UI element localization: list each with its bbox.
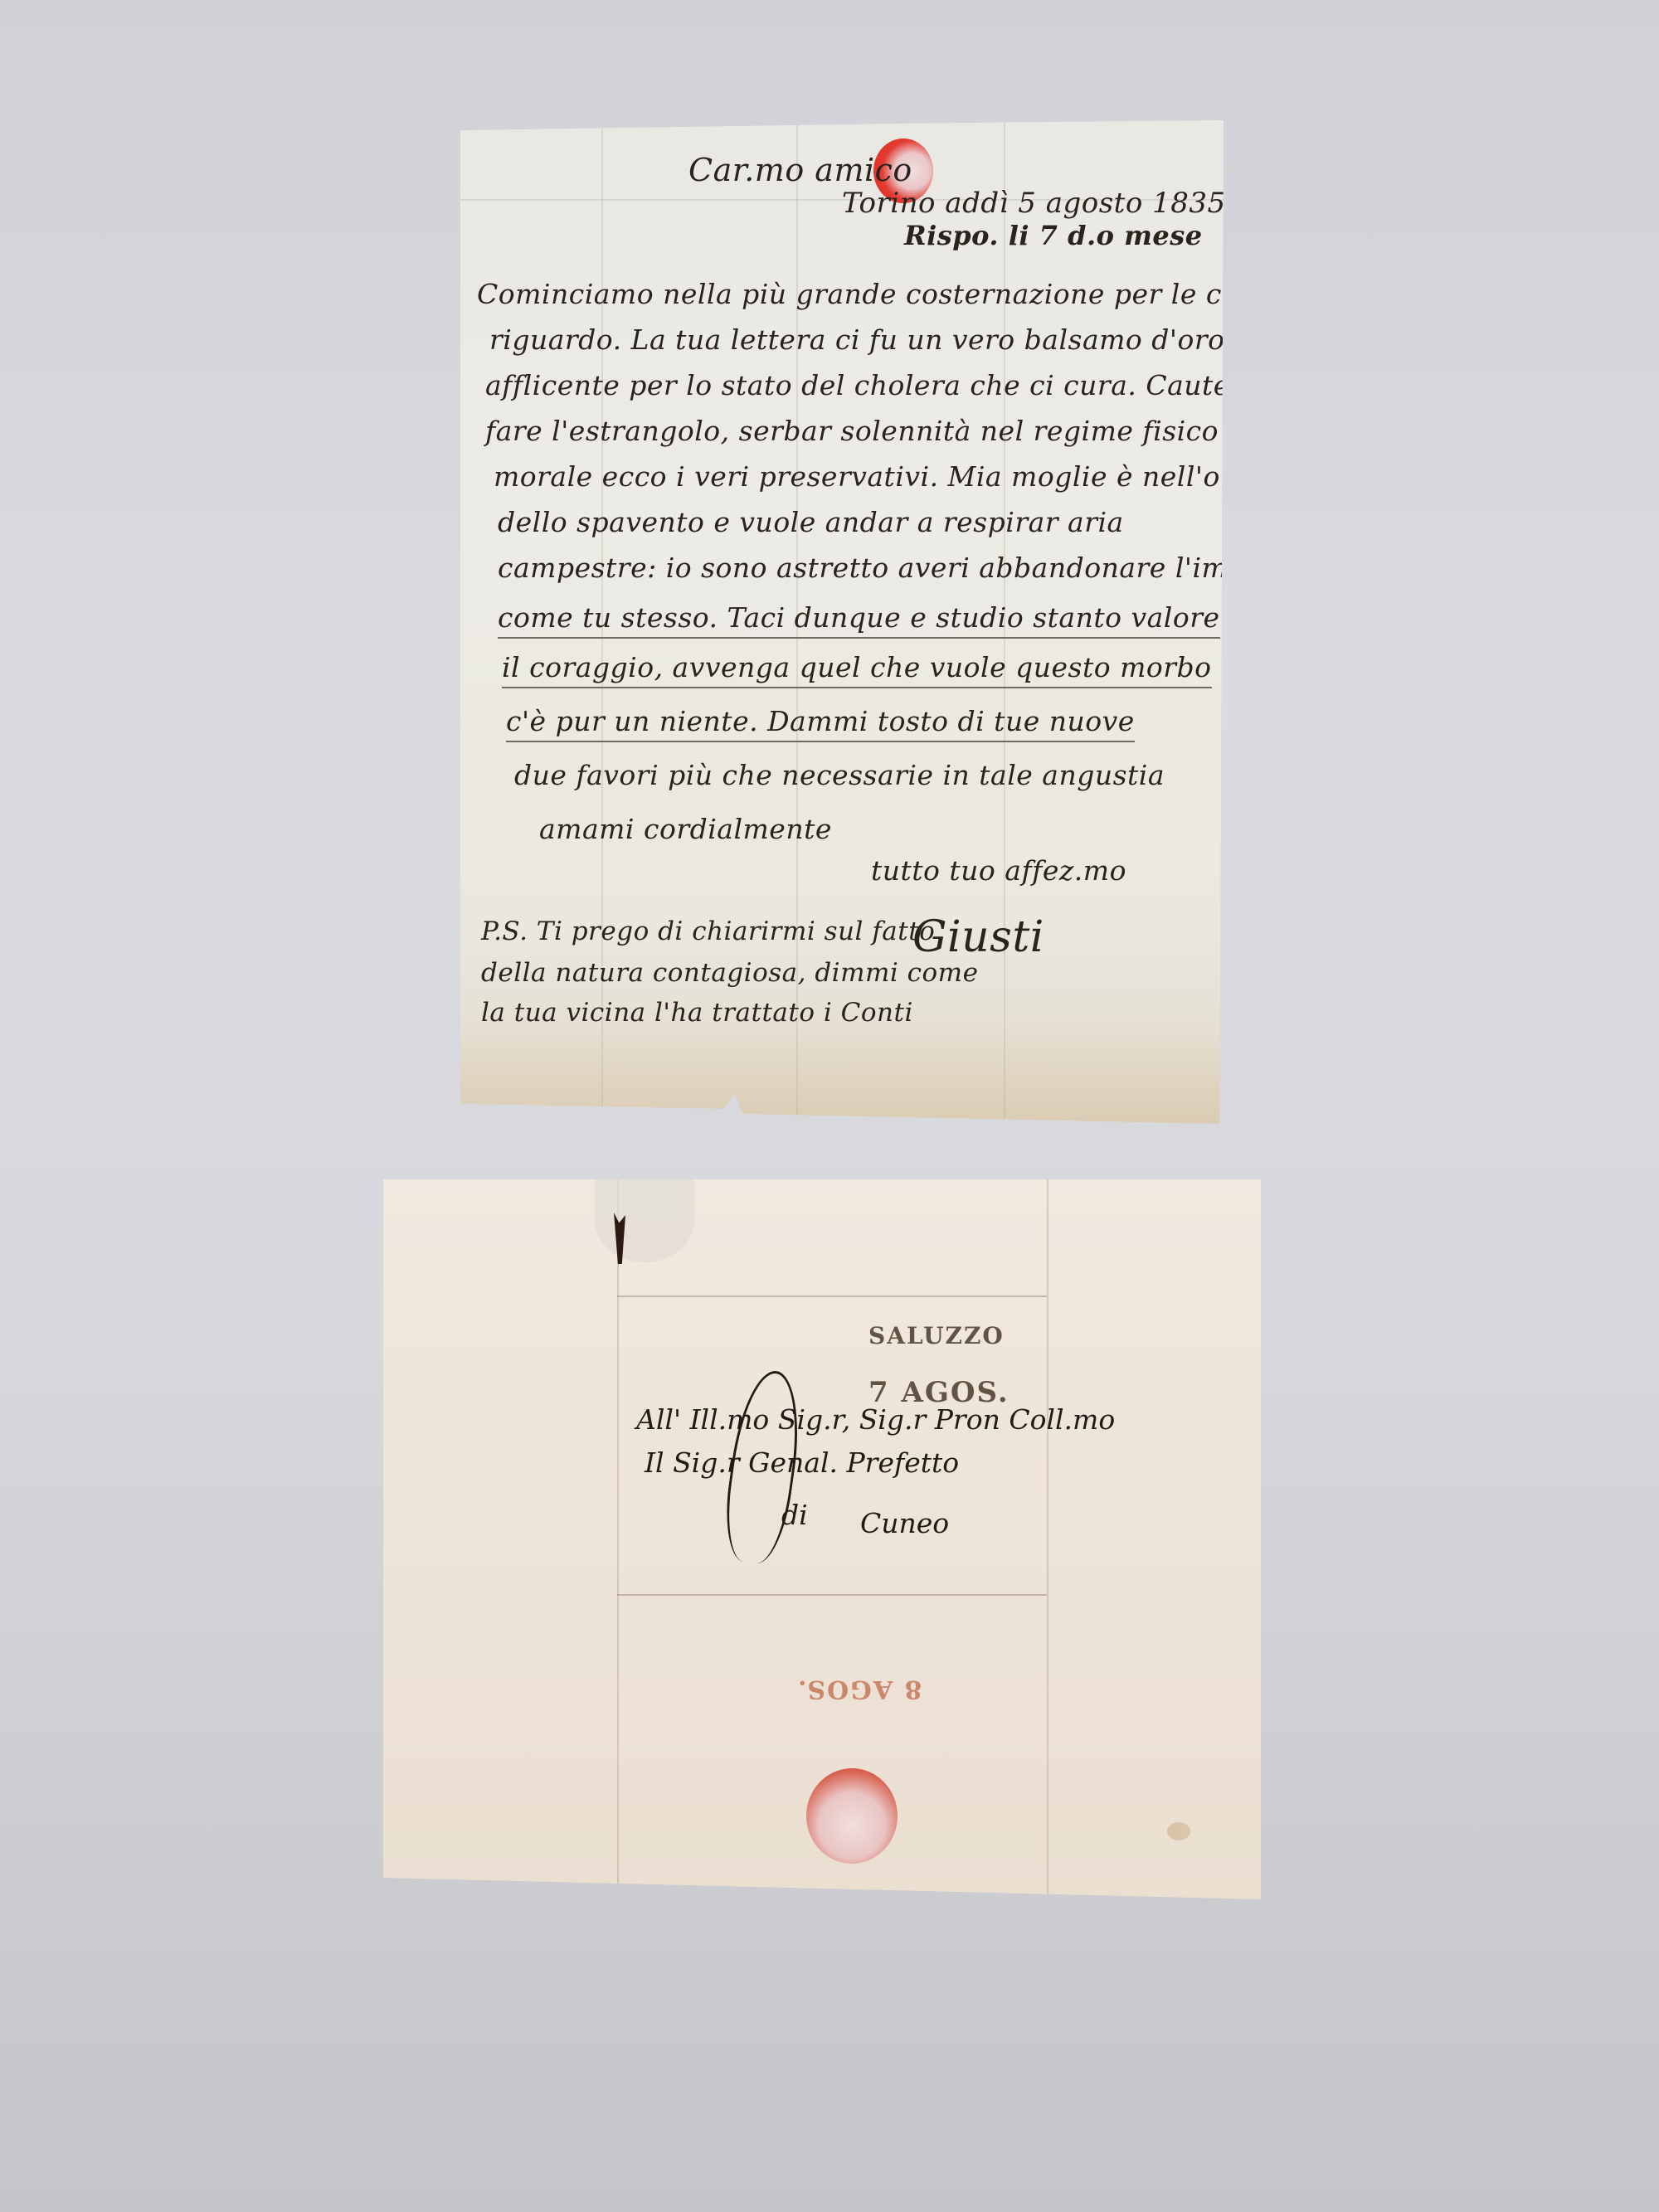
postscript-line: P.S. Ti prego di chiarirmi sul fatto: [481, 916, 935, 946]
letter-dateline: Torino addì 5 agosto 1835: [842, 187, 1226, 220]
body-line: il coraggio, avvenga quel che vuole ques…: [502, 651, 1212, 683]
body-line: campestre: io sono astretto averi abband…: [498, 552, 1306, 584]
body-line: riguardo. La tua lettera ci fu un vero b…: [489, 323, 1346, 356]
letter-wrapper-envelope: SALUZZO 7 AGOS. All' Ill.mo Sig.r, Sig.r…: [383, 1179, 1261, 1899]
body-line: c'è pur un niente. Dammi tosto di tue nu…: [506, 705, 1135, 737]
underlined-text: come tu stesso. Taci dunque e studio sta…: [498, 601, 1220, 639]
postscript-line: della natura contagiosa, dimmi come: [481, 958, 978, 988]
body-line: amami cordialmente: [539, 813, 832, 845]
postscript-line: la tua vicina l'ha trattato i Conti: [481, 998, 913, 1028]
underlined-text: c'è pur un niente. Dammi tosto di tue nu…: [506, 705, 1135, 742]
reverse-postmark: 8 AGOS.: [796, 1675, 922, 1704]
fold-line: [1047, 1179, 1048, 1899]
body-line: Cominciamo nella più grande costernazion…: [477, 278, 1398, 310]
letter-closing: tutto tuo affez.mo: [871, 854, 1126, 887]
body-line: dello spavento e vuole andar a respirar …: [498, 506, 1124, 538]
body-line: morale ecco i veri preservativi. Mia mog…: [494, 460, 1326, 493]
body-line: come tu stesso. Taci dunque e studio sta…: [498, 601, 1220, 634]
postmark-town: SALUZZO: [868, 1322, 1005, 1349]
received-note: Rispo. li 7 d.o mese: [904, 220, 1203, 251]
fold-line: [617, 1296, 1047, 1297]
body-line: due favori più che necessarie in tale an…: [514, 759, 1165, 791]
underlined-text: il coraggio, avvenga quel che vuole ques…: [502, 651, 1212, 688]
address-line: Il Sig.r Genal. Prefetto: [645, 1446, 959, 1479]
red-wax-seal: [806, 1768, 898, 1864]
body-line: fare l'estrangolo, serbar solennità nel …: [485, 415, 1278, 447]
torn-seal-area: [595, 1179, 694, 1262]
age-spot: [1167, 1822, 1190, 1840]
fold-line: [617, 1594, 1047, 1596]
fold-line: [617, 1179, 619, 1899]
address-city: Cuneo: [860, 1507, 949, 1539]
body-line: afflicente per lo stato del cholera che …: [485, 369, 1313, 401]
age-stain: [460, 1024, 1224, 1124]
handwritten-letter: Car.mo amico Torino addì 5 agosto 1835 R…: [460, 120, 1224, 1124]
address-line: All' Ill.mo Sig.r, Sig.r Pron Coll.mo: [636, 1403, 1115, 1436]
address-line: di: [781, 1499, 808, 1531]
letter-salutation: Car.mo amico: [688, 152, 912, 188]
